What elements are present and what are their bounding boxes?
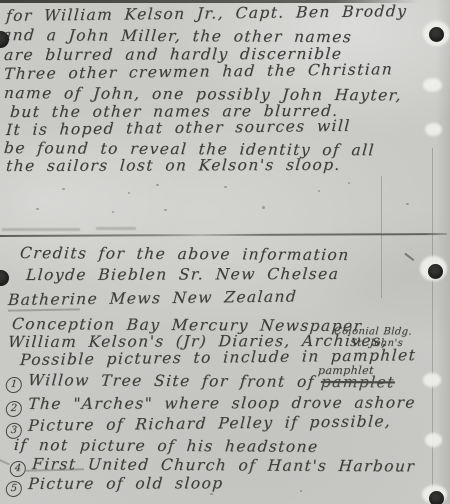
handwritten-line: Three other crewmen had the Christian	[4, 61, 394, 83]
picture-item-text: The "Arches" where sloop drove ashore	[28, 394, 417, 413]
credit-source: Lloyde Bieblen Sr. New Chelsea	[25, 266, 339, 284]
white-patch	[423, 373, 441, 387]
underline-mark	[8, 308, 80, 311]
circled-number: 1	[5, 377, 22, 393]
speck	[156, 184, 159, 186]
circled-number: 5	[5, 481, 22, 497]
handwritten-line: It is hoped that other sources will	[6, 118, 352, 139]
handwritten-line: the sailors lost on Kelson's sloop.	[5, 157, 341, 175]
punch-hole	[429, 491, 444, 504]
speck	[62, 188, 65, 190]
fold-crease	[381, 176, 382, 298]
punch-hole	[0, 270, 9, 286]
correction-word: pamphlet	[317, 362, 374, 379]
punch-hole	[428, 264, 443, 279]
fold-crease	[432, 148, 433, 504]
speck	[348, 182, 350, 184]
smudge-mark	[96, 227, 136, 230]
circled-number: 2	[5, 401, 22, 417]
speck	[318, 190, 320, 192]
picture-item-5: 5Picture of old sloop	[5, 475, 224, 497]
speck	[224, 186, 227, 188]
speck	[164, 209, 167, 211]
handwritten-line: and a John Miller, the other names	[1, 27, 352, 46]
white-patch	[425, 123, 442, 136]
section-divider-line	[0, 233, 447, 237]
picture-item-3-continuation: if not picture of his headstone	[13, 437, 319, 456]
white-patch	[425, 433, 442, 447]
speck	[112, 211, 114, 213]
speck	[36, 208, 39, 210]
picture-item-text: Picture of old sloop	[28, 474, 225, 493]
arrow-mark	[405, 253, 415, 261]
edge-tick-mark	[0, 459, 10, 465]
speck	[210, 493, 213, 495]
picture-item-text: Willow Tree Site for front of	[28, 371, 316, 391]
credit-source: Batherine Mews New Zealand	[8, 288, 298, 309]
speck	[262, 206, 265, 209]
scanned-handwritten-page: for William Kelson Jr., Capt. Ben Broddy…	[0, 0, 450, 504]
credits-heading: Credits for the above information	[19, 245, 350, 264]
picture-item-text: First United Church of Hant's Harbour	[32, 455, 416, 475]
speck	[406, 203, 409, 205]
speck	[300, 490, 302, 492]
punch-hole	[429, 27, 444, 42]
handwritten-line: for William Kelson Jr., Capt. Ben Broddy	[6, 3, 408, 25]
smudge-mark	[2, 228, 80, 231]
speck	[128, 192, 130, 194]
circled-number: 4	[9, 461, 26, 477]
white-patch	[423, 78, 442, 92]
picture-item-3: 3Picture of Richard Pelley if possible,	[5, 413, 391, 439]
picture-item-text: Picture of Richard Pelley if possible,	[28, 412, 392, 434]
